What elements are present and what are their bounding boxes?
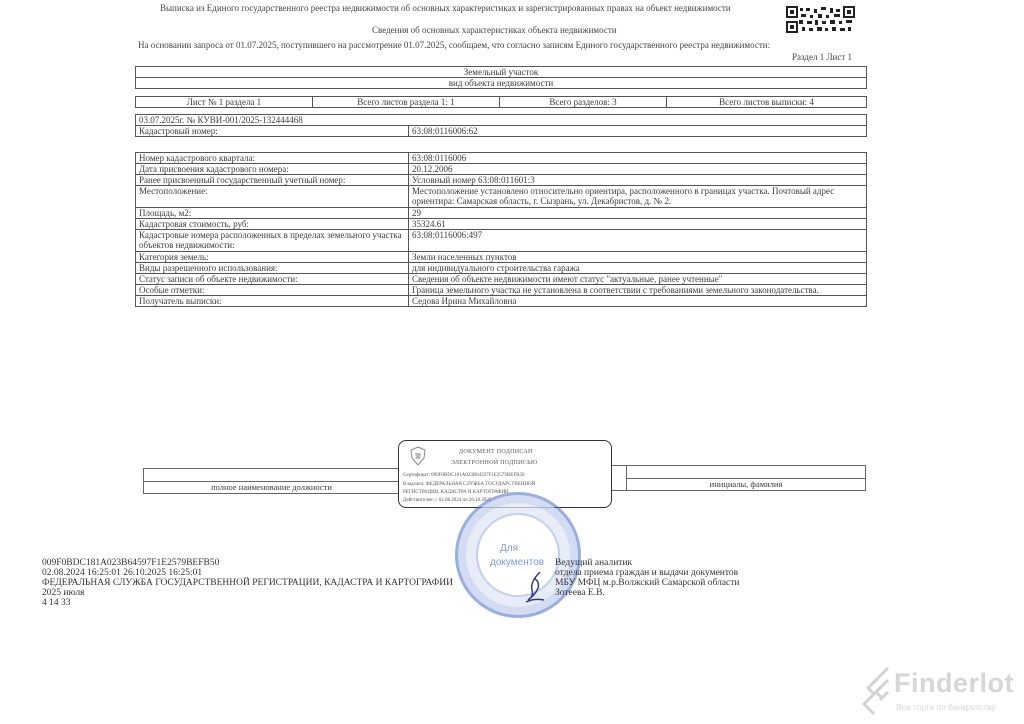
signer-position: Ведущий аналитик bbox=[555, 558, 740, 568]
row-label: Кадастровая стоимость, руб: bbox=[136, 219, 409, 230]
row-value: Сведения об объекте недвижимости имеют с… bbox=[409, 274, 867, 285]
stamp-certificate: Сертификат: 009F0BDC181A023B64597F1E2579… bbox=[403, 473, 524, 478]
handwritten-signature-icon bbox=[522, 570, 548, 606]
row-label: Дата присвоения кадастрового номера: bbox=[136, 164, 409, 175]
finderlot-logo-icon bbox=[860, 666, 894, 716]
sheet-number: Лист № 1 раздела 1 bbox=[136, 97, 313, 108]
footer-signer-block: Ведущий аналитик отдела приема граждан и… bbox=[555, 558, 740, 598]
finderlot-watermark: Finderlot Все торги по банкротству bbox=[860, 662, 1020, 722]
footer-issuer-block: 009F0BDC181A023B64597F1E2579BEFB50 02.08… bbox=[42, 558, 453, 608]
table-row: Виды разрешенного использования: для инд… bbox=[136, 263, 867, 274]
row-value: 63:08:0116006:497 bbox=[409, 230, 867, 252]
table-row: Статус записи об объекте недвижимости: С… bbox=[136, 274, 867, 285]
stamp-validity: Действителен: с 02.08.2024 по 26.10.2025 bbox=[403, 498, 491, 503]
table-row: Номер кадастрового квартала: 63:08:01160… bbox=[136, 153, 867, 164]
table-row: Площадь, м2: 29 bbox=[136, 208, 867, 219]
table-row: Особые отметки: Граница земельного участ… bbox=[136, 285, 867, 296]
table-row: Ранее присвоенный государственный учетны… bbox=[136, 175, 867, 186]
signer-name: Зотеева Е.В. bbox=[555, 588, 740, 598]
cadastral-number-label: Кадастровый номер: bbox=[136, 126, 409, 137]
table-row: Дата присвоения кадастрового номера: 20.… bbox=[136, 164, 867, 175]
row-label: Номер кадастрового квартала: bbox=[136, 153, 409, 164]
issue-date: 2025 июля bbox=[42, 588, 453, 598]
position-caption: полное наименование должности bbox=[143, 481, 400, 494]
row-value: Земли населенных пунктов bbox=[409, 252, 867, 263]
row-value: Условный номер 63:08:011601:3 bbox=[409, 175, 867, 186]
official-seal: Для документов bbox=[455, 492, 581, 618]
signer-organization: МБУ МФЦ м.р.Волжский Самарской области bbox=[555, 578, 740, 588]
row-value: Местоположение установлено относительно … bbox=[409, 186, 867, 208]
row-value: Граница земельного участка не установлен… bbox=[409, 285, 867, 296]
position-line bbox=[143, 468, 400, 481]
seal-center-top: Для bbox=[500, 543, 518, 554]
stamp-line-1: ДОКУМЕНТ ПОДПИСАН bbox=[459, 449, 533, 455]
name-line bbox=[626, 465, 866, 478]
object-type-value: Земельный участок bbox=[136, 67, 867, 78]
row-value: Седова Ирина Михайловна bbox=[409, 296, 867, 307]
row-label: Особые отметки: bbox=[136, 285, 409, 296]
row-label: Кадастровые номера расположенных в преде… bbox=[136, 230, 409, 252]
seal-center-bottom: документов bbox=[490, 557, 544, 568]
stamp-owner-2: РЕГИСТРАЦИИ, КАДАСТРА И КАРТОГРАФИИ bbox=[403, 490, 509, 495]
row-value: 63:08:0116006 bbox=[409, 153, 867, 164]
row-value: 20.12.2006 bbox=[409, 164, 867, 175]
emblem-icon bbox=[409, 446, 427, 466]
qr-code-icon bbox=[786, 6, 856, 34]
table-row: Кадастровая стоимость, руб: 35324.61 bbox=[136, 219, 867, 230]
stamp-owner-1: Владелец: ФЕДЕРАЛЬНАЯ СЛУЖБА ГОСУДАРСТВЕ… bbox=[403, 482, 535, 487]
object-type-table: Земельный участок вид объекта недвижимос… bbox=[135, 66, 867, 89]
row-value: 29 bbox=[409, 208, 867, 219]
watermark-brand: Finderlot bbox=[894, 668, 1014, 699]
document-title: Выписка из Единого государственного реес… bbox=[160, 3, 731, 13]
signature-gap-cell bbox=[610, 465, 627, 491]
sections-count: Всего разделов: 3 bbox=[500, 97, 667, 108]
table-row: Категория земель: Земли населенных пункт… bbox=[136, 252, 867, 263]
table-row: Местоположение: Местоположение установле… bbox=[136, 186, 867, 208]
row-label: Ранее присвоенный государственный учетны… bbox=[136, 175, 409, 186]
cadastral-number-value: 63:08:0116006:62 bbox=[409, 126, 867, 137]
certificate-validity: 02.08.2024 16:25:01 26.10.2025 16:25:01 bbox=[42, 568, 453, 578]
sheet-info-table: Лист № 1 раздела 1 Всего листов раздела … bbox=[135, 96, 867, 108]
issuer-organization: ФЕДЕРАЛЬНАЯ СЛУЖБА ГОСУДАРСТВЕННОЙ РЕГИС… bbox=[42, 578, 453, 588]
issue-code: 4 14 33 bbox=[42, 598, 453, 608]
row-label: Виды разрешенного использования: bbox=[136, 263, 409, 274]
details-table: Номер кадастрового квартала: 63:08:01160… bbox=[135, 152, 867, 307]
row-label: Статус записи об объекте недвижимости: bbox=[136, 274, 409, 285]
extract-number-table: 03.07.2025г. № КУВИ-001/2025-132444468 К… bbox=[135, 114, 867, 137]
object-type-caption: вид объекта недвижимости bbox=[136, 78, 867, 89]
stamp-line-2: ЭЛЕКТРОННОЙ ПОДПИСЬЮ bbox=[451, 460, 537, 466]
table-row: Кадастровые номера расположенных в преде… bbox=[136, 230, 867, 252]
extract-number: 03.07.2025г. № КУВИ-001/2025-132444468 bbox=[136, 115, 867, 126]
certificate-serial: 009F0BDC181A023B64597F1E2579BEFB50 bbox=[42, 558, 453, 568]
signer-department: отдела приема граждан и выдачи документо… bbox=[555, 568, 740, 578]
request-basis-text: На основании запроса от 01.07.2025, пост… bbox=[138, 40, 770, 50]
table-row: Получатель выписки: Седова Ирина Михайло… bbox=[136, 296, 867, 307]
section-sheets-count: Всего листов раздела 1: 1 bbox=[313, 97, 500, 108]
row-label: Местоположение: bbox=[136, 186, 409, 208]
row-label: Получатель выписки: bbox=[136, 296, 409, 307]
row-label: Площадь, м2: bbox=[136, 208, 409, 219]
row-label: Категория земель: bbox=[136, 252, 409, 263]
name-caption: инициалы, фамилия bbox=[626, 478, 866, 491]
document-subtitle: Сведения об основных характеристиках объ… bbox=[372, 25, 617, 35]
watermark-tagline: Все торги по банкротству bbox=[896, 702, 996, 712]
row-value: 35324.61 bbox=[409, 219, 867, 230]
row-value: для индивидуального строительства гаража bbox=[409, 263, 867, 274]
section-reference: Раздел 1 Лист 1 bbox=[792, 52, 852, 62]
extract-sheets-count: Всего листов выписки: 4 bbox=[667, 97, 867, 108]
